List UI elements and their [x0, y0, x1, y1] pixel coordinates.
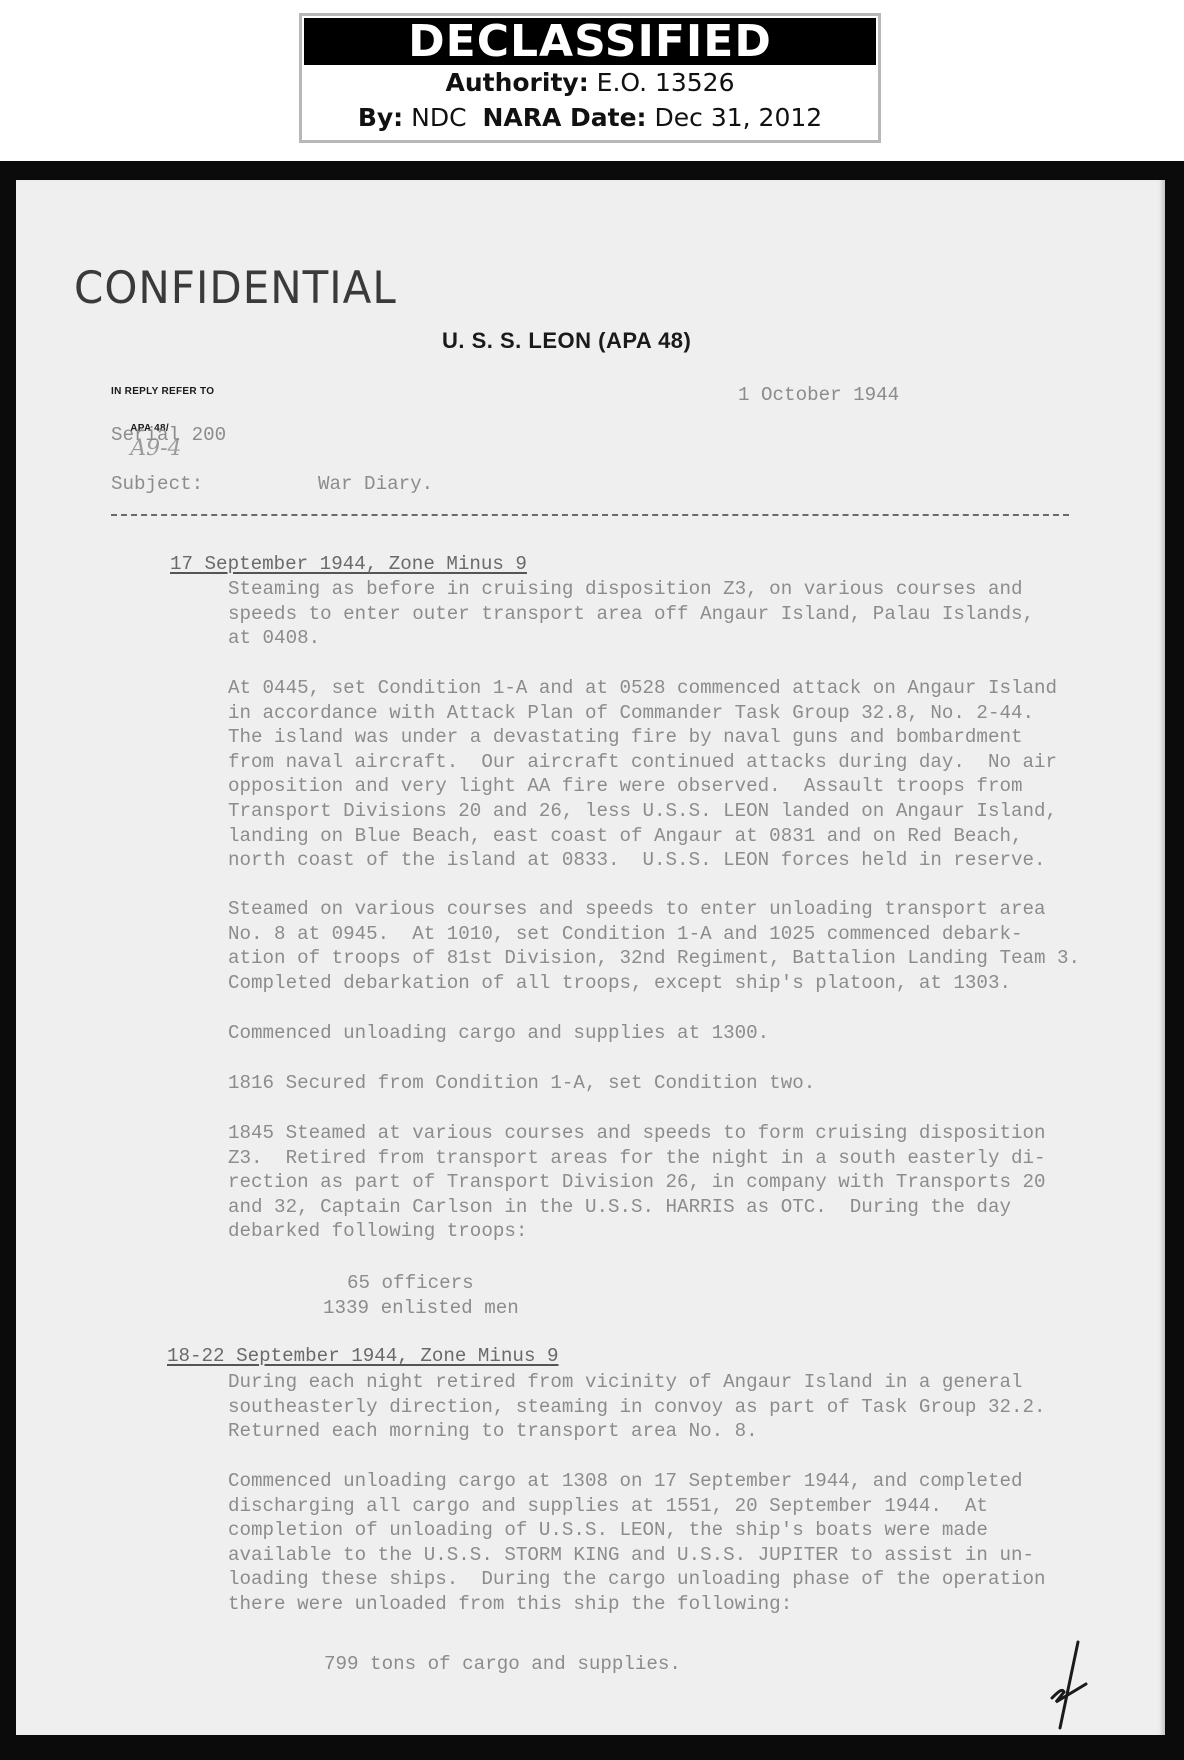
- text-line: loading these ships. During the cargo un…: [228, 1567, 1128, 1592]
- text-line: Commenced unloading cargo and supplies a…: [228, 1021, 1128, 1046]
- reply-refer-label: IN REPLY REFER TO: [111, 386, 214, 397]
- stamp-date-label: NARA Date:: [482, 103, 646, 132]
- text-line: debarked following troops:: [228, 1219, 1128, 1244]
- paragraph: Steamed on various courses and speeds to…: [228, 897, 1128, 995]
- text-line: rection as part of Transport Division 26…: [228, 1170, 1128, 1195]
- text-line: At 0445, set Condition 1-A and at 0528 c…: [228, 676, 1128, 701]
- ship-name: U. S. S. LEON (APA 48): [442, 328, 691, 354]
- text-line: No. 8 at 0945. At 1010, set Condition 1-…: [228, 922, 1128, 947]
- classification-marking: CONFIDENTIAL: [74, 262, 397, 313]
- stamp-by-date: By: NDC NARA Date: Dec 31, 2012: [302, 100, 878, 135]
- subject-value: War Diary.: [318, 472, 433, 497]
- text-line: Steamed on various courses and speeds to…: [228, 897, 1128, 922]
- text-line: and 32, Captain Carlson in the U.S.S. HA…: [228, 1195, 1128, 1220]
- troop-count: 1339: [323, 1297, 369, 1319]
- text-line: Commenced unloading cargo at 1308 on 17 …: [228, 1469, 1128, 1494]
- text-line: from naval aircraft. Our aircraft contin…: [228, 750, 1128, 775]
- text-line: opposition and very light AA fire were o…: [228, 774, 1128, 799]
- stamp-authority-label: Authority:: [445, 68, 588, 97]
- text-line: 1845 Steamed at various courses and spee…: [228, 1121, 1128, 1146]
- stamp-authority: Authority: E.O. 13526: [302, 65, 878, 100]
- paragraph: 1845 Steamed at various courses and spee…: [228, 1121, 1128, 1244]
- paragraph: 1816 Secured from Condition 1-A, set Con…: [228, 1071, 1128, 1096]
- paragraph: During each night retired from vicinity …: [228, 1370, 1128, 1444]
- text-line: southeasterly direction, steaming in con…: [228, 1395, 1128, 1420]
- text-line: ation of troops of 81st Division, 32nd R…: [228, 946, 1128, 971]
- troop-count: 65: [347, 1272, 370, 1294]
- stamp-by-value: NDC: [411, 103, 466, 132]
- stamp-by-label: By:: [358, 103, 403, 132]
- subject-label: Subject:: [111, 472, 203, 497]
- text-line: completion of unloading of U.S.S. LEON, …: [228, 1518, 1128, 1543]
- page-number-glyph-icon: [1048, 1640, 1088, 1730]
- text-line: speeds to enter outer transport area off…: [228, 602, 1128, 627]
- cargo-total: 799 tons of cargo and supplies.: [324, 1652, 681, 1677]
- separator-line: [111, 514, 1069, 516]
- serial-number: Serial 200: [111, 423, 226, 448]
- declassified-stamp: DECLASSIFIED Authority: E.O. 13526 By: N…: [299, 13, 881, 143]
- paragraph: Steaming as before in cruising dispositi…: [228, 577, 1128, 651]
- troop-label: enlisted men: [381, 1297, 519, 1319]
- section-heading-18-22-sept: 18-22 September 1944, Zone Minus 9: [167, 1345, 559, 1367]
- text-line: in accordance with Attack Plan of Comman…: [228, 701, 1128, 726]
- text-line: Transport Divisions 20 and 26, less U.S.…: [228, 799, 1128, 824]
- paragraph: At 0445, set Condition 1-A and at 0528 c…: [228, 676, 1128, 873]
- letter-date: 1 October 1944: [738, 383, 899, 408]
- text-line: north coast of the island at 0833. U.S.S…: [228, 848, 1128, 873]
- stamp-title: DECLASSIFIED: [304, 18, 876, 65]
- text-line: During each night retired from vicinity …: [228, 1370, 1128, 1395]
- text-line: available to the U.S.S. STORM KING and U…: [228, 1543, 1128, 1568]
- text-line: The island was under a devastating fire …: [228, 725, 1128, 750]
- text-line: there were unloaded from this ship the f…: [228, 1592, 1128, 1617]
- handwritten-page-number: 4: [1048, 1640, 1088, 1730]
- paragraph: Commenced unloading cargo and supplies a…: [228, 1021, 1128, 1046]
- troop-label: officers: [382, 1272, 474, 1294]
- paragraph: Commenced unloading cargo at 1308 on 17 …: [228, 1469, 1128, 1617]
- text-line: landing on Blue Beach, east coast of Ang…: [228, 824, 1128, 849]
- text-line: Steaming as before in cruising dispositi…: [228, 577, 1128, 602]
- text-line: 1816 Secured from Condition 1-A, set Con…: [228, 1071, 1128, 1096]
- text-line: discharging all cargo and supplies at 15…: [228, 1494, 1128, 1519]
- troops-enlisted: 1339 enlisted men: [323, 1296, 519, 1321]
- stamp-authority-value: E.O. 13526: [597, 68, 735, 97]
- troops-officers: 65 officers: [347, 1271, 474, 1296]
- text-line: at 0408.: [228, 626, 1128, 651]
- text-line: Completed debarkation of all troops, exc…: [228, 971, 1128, 996]
- stamp-date-value: Dec 31, 2012: [655, 103, 823, 132]
- section-heading-17-sept: 17 September 1944, Zone Minus 9: [170, 553, 527, 575]
- text-line: Z3. Retired from transport areas for the…: [228, 1146, 1128, 1171]
- text-line: Returned each morning to transport area …: [228, 1419, 1128, 1444]
